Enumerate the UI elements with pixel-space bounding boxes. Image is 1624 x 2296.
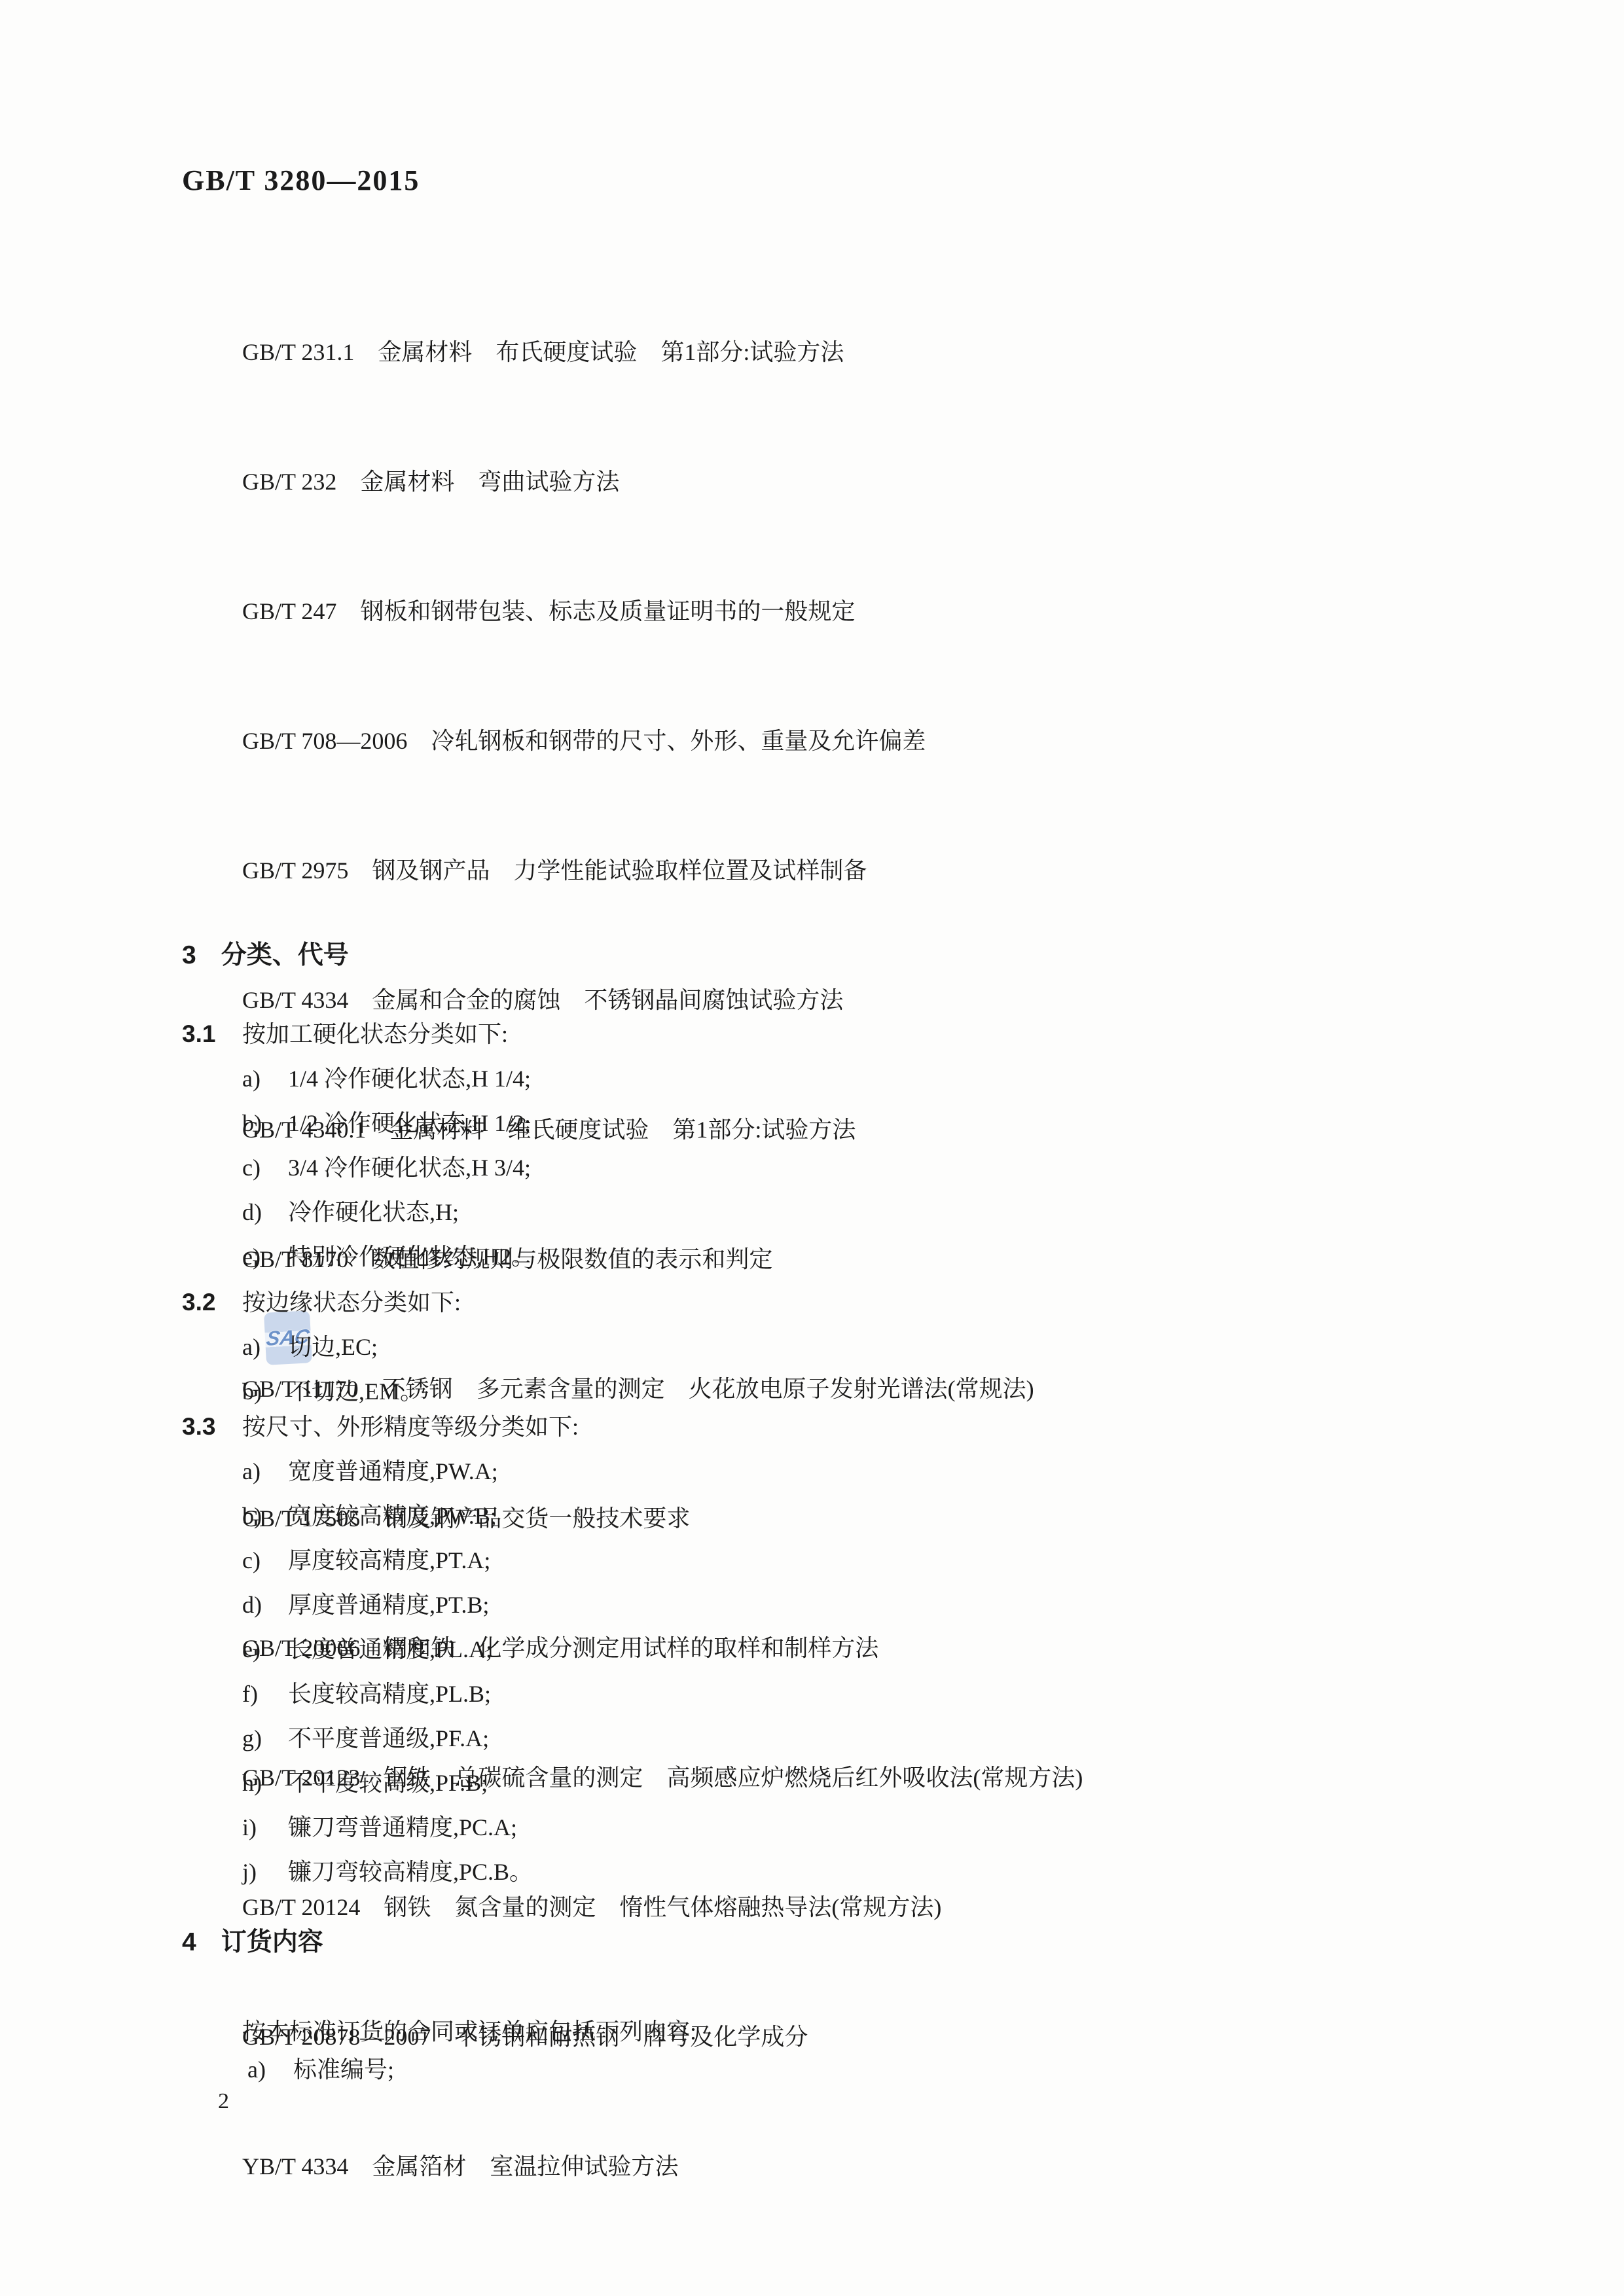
list-item-text: 1/4 冷作硬化状态,H 1/4; [288,1056,531,1101]
list-item-text: 镰刀弯较高精度,PC.B。 [288,1850,533,1894]
section-3-heading: 3 分类、代号 [182,935,349,971]
list-item-label: j) [242,1850,288,1894]
clause-3-3-group: 3.3 按尺寸、外形精度等级分类如下: a) 宽度普通精度,PW.A; b) 宽… [182,1405,579,1894]
list-item: j) 镰刀弯较高精度,PC.B。 [182,1850,579,1894]
list-item-label: i) [242,1805,288,1850]
list-item: b) 宽度较高精度,PW.B; [182,1494,579,1538]
list-item-text: 不平度较高级,PF.B; [288,1761,488,1805]
section-4-list: a) 标准编号; [187,2047,394,2092]
list-item-label: h) [242,1761,288,1805]
list-item: d) 冷作硬化状态,H; [182,1190,535,1234]
clause-3-3: 3.3 按尺寸、外形精度等级分类如下: [182,1405,579,1449]
list-item-label: e) [242,1234,288,1279]
list-item-text: 特别冷作硬化状态,H2。 [288,1234,535,1279]
clause-3-1: 3.1 按加工硬化状态分类如下: [182,1012,535,1056]
list-item: a) 宽度普通精度,PW.A; [182,1449,579,1494]
list-item-label: a) [242,1449,288,1494]
list-item: g) 不平度普通级,PF.A; [182,1716,579,1761]
list-item-text: 标准编号; [293,2047,394,2092]
list-item-label: a) [242,1325,288,1369]
reference-item: YB/T 4334 金属箔材 室温拉伸试验方法 [242,2145,1083,2188]
list-item: b) 1/2 冷作硬化状态,H 1/2; [182,1101,535,1145]
list-item-text: 3/4 冷作硬化状态,H 3/4; [288,1145,531,1190]
list-item-label: b) [242,1101,288,1145]
list-item: h) 不平度较高级,PF.B; [182,1761,579,1805]
clause-3-2-group: 3.2 按边缘状态分类如下: a) 切边,EC; b) 不切边,EM。 [182,1280,461,1414]
section-4-number: 4 [182,1928,196,1957]
list-item-label: b) [242,1494,288,1538]
clause-3-3-text: 按尺寸、外形精度等级分类如下: [242,1405,579,1449]
list-item: e) 特别冷作硬化状态,H2。 [182,1234,535,1279]
list-item: f) 长度较高精度,PL.B; [182,1672,579,1716]
list-item-label: g) [242,1716,288,1761]
list-item-text: 长度普通精度,PL.A; [288,1627,492,1672]
list-item-text: 1/2 冷作硬化状态,H 1/2; [288,1101,531,1145]
section-4-heading: 4 订货内容 [182,1922,323,1958]
list-item: a) 切边,EC; [182,1325,461,1369]
list-item-label: d) [242,1583,288,1627]
list-item-text: 不平度普通级,PF.A; [288,1716,489,1761]
reference-item: GB/T 232 金属材料 弯曲试验方法 [242,460,1083,503]
page-number: 2 [218,2089,229,2114]
reference-item: GB/T 2975 钢及钢产品 力学性能试验取样位置及试样制备 [242,849,1083,892]
document-page: SAC GB/T 3280—2015 GB/T 231.1 金属材料 布氏硬度试… [0,0,1624,2296]
list-item-text: 厚度较高精度,PT.A; [288,1538,490,1583]
section-3-title: 分类、代号 [221,935,349,971]
list-item-label: e) [242,1627,288,1672]
list-item-text: 切边,EC; [288,1325,378,1369]
reference-item: GB/T 231.1 金属材料 布氏硬度试验 第1部分:试验方法 [242,331,1083,374]
clause-3-3-number: 3.3 [182,1405,242,1449]
list-item-text: 镰刀弯普通精度,PC.A; [288,1805,517,1850]
list-item: i) 镰刀弯普通精度,PC.A; [182,1805,579,1850]
list-item: c) 3/4 冷作硬化状态,H 3/4; [182,1145,535,1190]
list-item-label: a) [247,2047,293,2092]
list-item: d) 厚度普通精度,PT.B; [182,1583,579,1627]
clause-3-1-text: 按加工硬化状态分类如下: [242,1012,508,1056]
list-item: a) 1/4 冷作硬化状态,H 1/4; [182,1056,535,1101]
clause-3-1-group: 3.1 按加工硬化状态分类如下: a) 1/4 冷作硬化状态,H 1/4; b)… [182,1012,535,1279]
reference-item: GB/T 708—2006 冷轧钢板和钢带的尺寸、外形、重量及允许偏差 [242,719,1083,762]
list-item: a) 标准编号; [187,2047,394,2092]
standard-number-header: GB/T 3280—2015 [182,164,420,197]
list-item: c) 厚度较高精度,PT.A; [182,1538,579,1583]
list-item-text: 长度较高精度,PL.B; [288,1672,491,1716]
reference-item: GB/T 247 钢板和钢带包装、标志及质量证明书的一般规定 [242,590,1083,633]
list-item-label: d) [242,1190,288,1234]
list-item-text: 冷作硬化状态,H; [288,1190,459,1234]
list-item: e) 长度普通精度,PL.A; [182,1627,579,1672]
list-item-label: a) [242,1056,288,1101]
list-item-label: c) [242,1145,288,1190]
clause-3-1-number: 3.1 [182,1012,242,1056]
list-item-text: 厚度普通精度,PT.B; [288,1583,489,1627]
list-item-text: 宽度较高精度,PW.B; [288,1494,497,1538]
clause-3-2-number: 3.2 [182,1280,242,1325]
section-4-title: 订货内容 [221,1922,323,1958]
clause-3-2-text: 按边缘状态分类如下: [242,1280,461,1325]
list-item-text: 宽度普通精度,PW.A; [288,1449,498,1494]
list-item-label: c) [242,1538,288,1583]
list-item-label: f) [242,1672,288,1716]
clause-3-2: 3.2 按边缘状态分类如下: [182,1280,461,1325]
section-3-number: 3 [182,941,196,970]
